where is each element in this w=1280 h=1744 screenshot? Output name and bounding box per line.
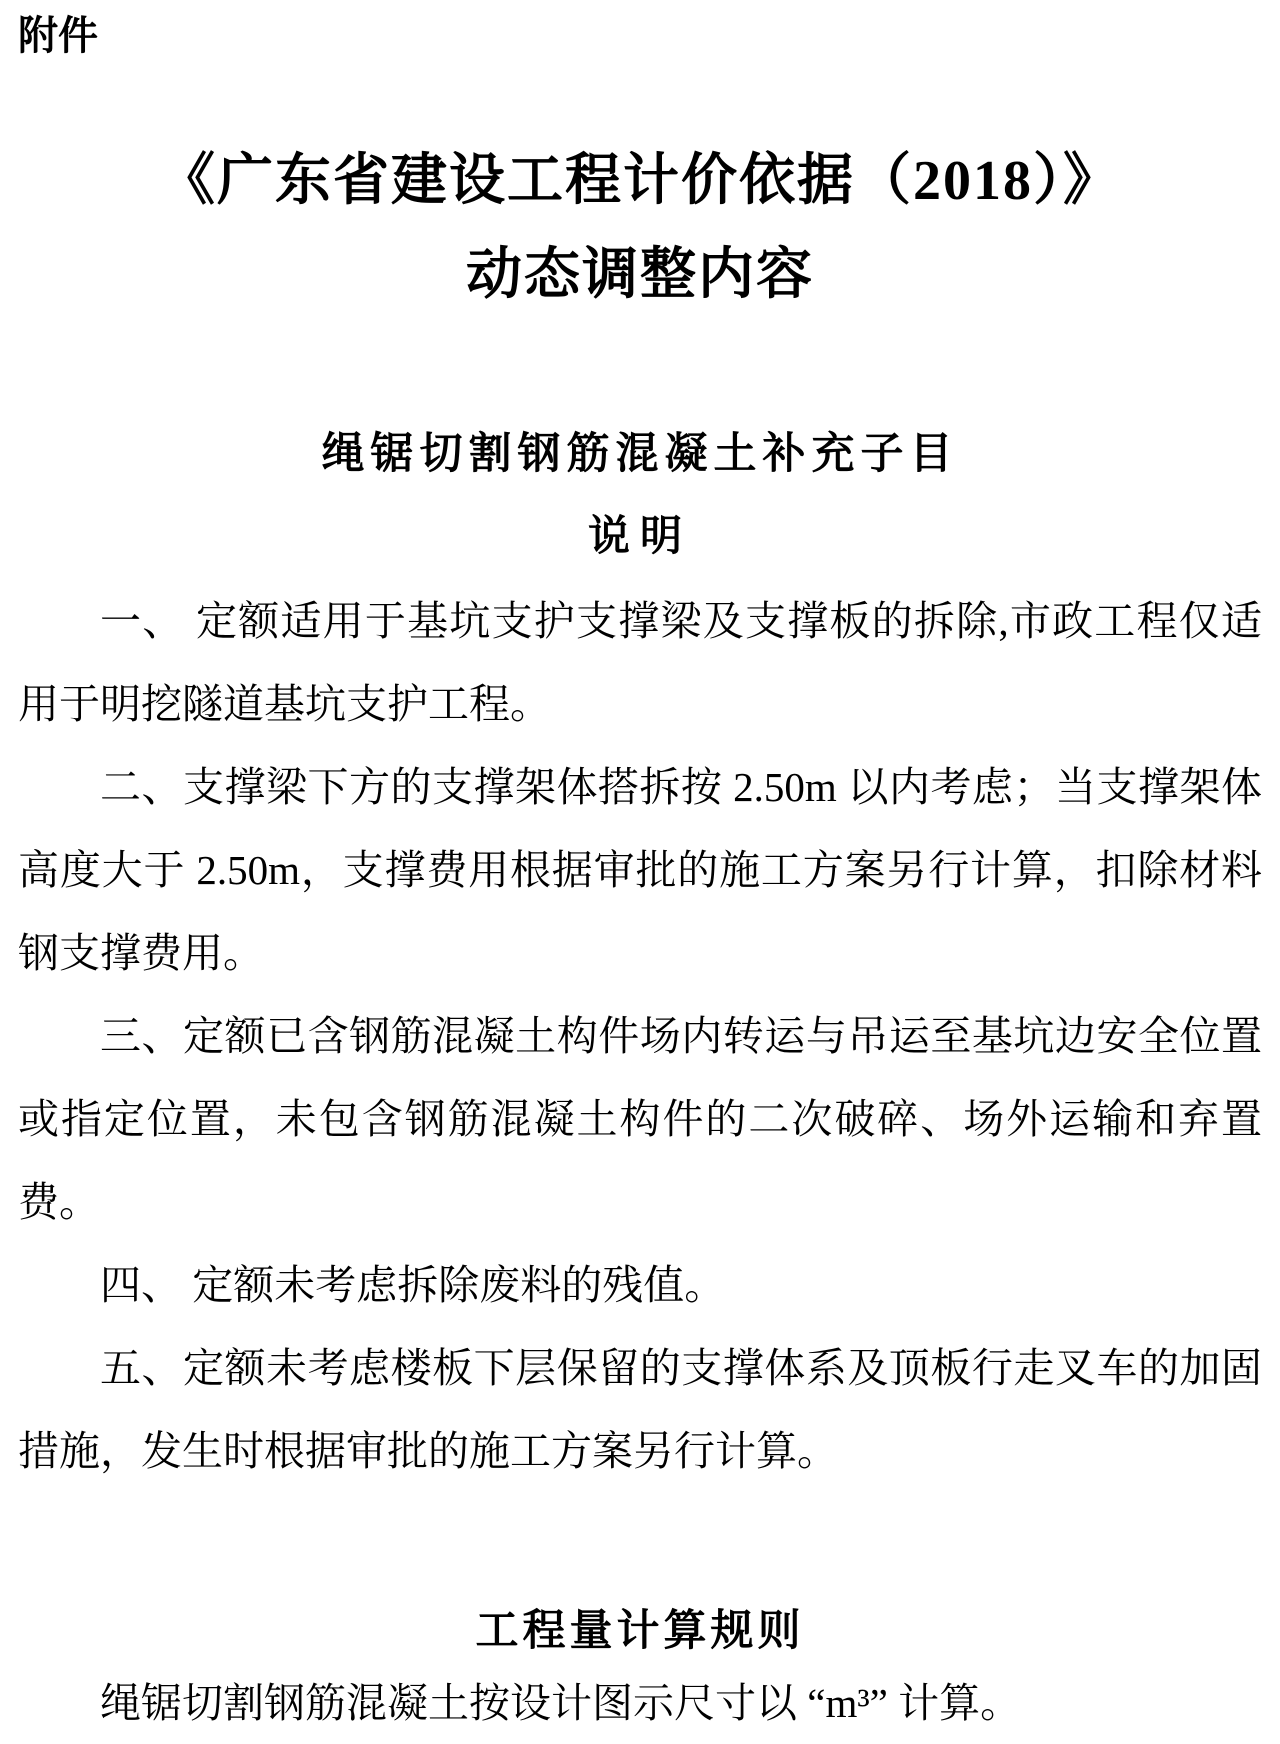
note-paragraph-5: 五、定额未考虑楼板下层保留的支撑体系及顶板行走叉车的加固措施，发生时根据审批的施… xyxy=(18,1327,1262,1493)
note-paragraph-4: 四、 定额未考虑拆除废料的残值。 xyxy=(18,1244,1262,1327)
notes-heading: 说明 xyxy=(0,510,1280,562)
document-page: 附件 《广东省建设工程计价依据（2018）》 动态调整内容 绳锯切割钢筋混凝土补… xyxy=(0,0,1280,1744)
attachment-label: 附件 xyxy=(18,10,98,62)
note-paragraph-2: 二、支撑梁下方的支撑架体搭拆按 2.50m 以内考虑；当支撑架体高度大于 2.5… xyxy=(18,746,1262,995)
document-title: 《广东省建设工程计价依据（2018）》 动态调整内容 xyxy=(0,134,1280,322)
notes-body: 一、 定额适用于基坑支护支撑梁及支撑板的拆除,市政工程仅适用于明挖隧道基坑支护工… xyxy=(18,580,1262,1493)
note-paragraph-1: 一、 定额适用于基坑支护支撑梁及支撑板的拆除,市政工程仅适用于明挖隧道基坑支护工… xyxy=(18,580,1262,746)
rules-heading: 工程量计算规则 xyxy=(0,1604,1280,1658)
section-subtitle: 绳锯切割钢筋混凝土补充子目 xyxy=(0,428,1280,480)
note-paragraph-3: 三、定额已含钢筋混凝土构件场内转运与吊运至基坑边安全位置或指定位置，未包含钢筋混… xyxy=(18,995,1262,1244)
document-title-line1: 《广东省建设工程计价依据（2018）》 xyxy=(0,134,1280,228)
rules-paragraph: 绳锯切割钢筋混凝土按设计图示尺寸以 “m³” 计算。 xyxy=(18,1662,1262,1744)
document-title-line2: 动态调整内容 xyxy=(0,228,1280,322)
